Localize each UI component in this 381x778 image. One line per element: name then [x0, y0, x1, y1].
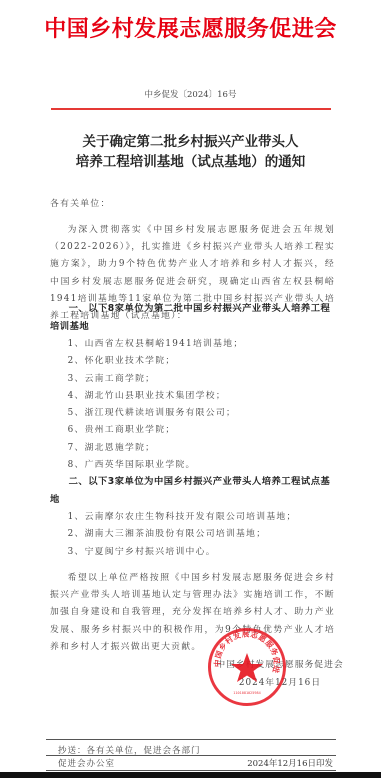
- list-item: 3、云南工商学院；: [50, 371, 335, 388]
- red-divider: [51, 108, 331, 110]
- title-line-2: 培养工程培训基地（试点基地）的通知: [0, 152, 381, 172]
- list-item: 1、云南摩尔农庄生物科技开发有限公司培训基地；: [50, 509, 335, 526]
- list-item: 6、贵州工商职业学院；: [50, 422, 335, 439]
- footer-rule-middle: [46, 755, 336, 756]
- list-item: 2、怀化职业技术学院；: [50, 353, 335, 370]
- print-date: 2024年12月16日印发: [247, 757, 333, 769]
- list-item: 8、广西英华国际职业学院。: [50, 457, 335, 474]
- bottom-border: [0, 772, 381, 778]
- section-1-list: 1、山西省左权县桐峪1941培训基地； 2、怀化职业技术学院； 3、云南工商学院…: [50, 336, 335, 474]
- footer-rule-top: [46, 739, 336, 740]
- list-item: 3、宁夏闽宁乡村振兴培训中心。: [50, 544, 335, 561]
- list-item: 4、湖北竹山县职业技术集团学校；: [50, 388, 335, 405]
- svg-text:1101081025984: 1101081025984: [233, 691, 260, 695]
- document-title: 关于确定第二批乡村振兴产业带头人 培养工程培训基地（试点基地）的通知: [0, 132, 381, 172]
- list-item: 2、湖南大三湘茶油股份有限公司培训基地；: [50, 526, 335, 543]
- official-seal: 中国乡村发展志愿服务促进会 1101081025984: [208, 628, 286, 706]
- seal-star-icon: 中国乡村发展志愿服务促进会 1101081025984: [211, 631, 283, 703]
- salutation: 各有关单位：: [50, 196, 335, 213]
- section-1-heading: 一、以下8家单位为第二批中国乡村振兴产业带头人培养工程培训基地: [50, 300, 335, 335]
- section-2-list: 1、云南摩尔农庄生物科技开发有限公司培训基地； 2、湖南大三湘茶油股份有限公司培…: [50, 509, 335, 561]
- issuing-office: 促进会办公室: [58, 757, 115, 769]
- title-line-1: 关于确定第二批乡村振兴产业带头人: [0, 132, 381, 152]
- section-2-heading: 二、以下3家单位为中国乡村振兴产业带头人培养工程试点基地: [50, 473, 335, 508]
- list-item: 1、山西省左权县桐峪1941培训基地；: [50, 336, 335, 353]
- masthead: 中国乡村发展志愿服务促进会: [0, 12, 381, 43]
- list-item: 7、湖北恩施学院；: [50, 440, 335, 457]
- list-item: 5、浙江现代耕读培训服务有限公司；: [50, 405, 335, 422]
- footer-rule-bottom: [46, 770, 336, 771]
- document-number: 中乡促发〔2024〕16号: [0, 88, 381, 100]
- closing-paragraph: 希望以上单位严格按照《中国乡村发展志愿服务促进会乡村振兴产业带头人培训基地认定与…: [50, 570, 335, 656]
